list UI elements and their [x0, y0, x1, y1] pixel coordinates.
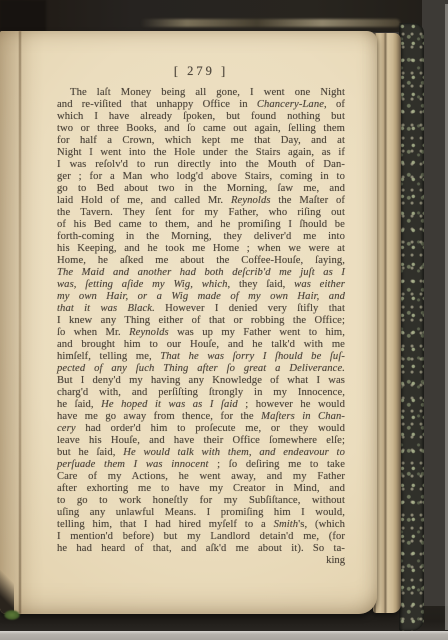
- background-top-band: [0, 0, 448, 32]
- text-line: he ſaid, He hoped it was as I ſaid ; how…: [57, 399, 345, 411]
- body-text: The laſt Money being all gone, I went on…: [57, 87, 345, 555]
- text-line: perſuade them I was innocent ; ſo deſiri…: [57, 459, 345, 471]
- text-line: The Maid and another had both deſcrib'd …: [57, 267, 345, 279]
- text-line: laid Hold of me, and called Mr. Reynolds…: [57, 195, 345, 207]
- text-line: I mention'd before) but my Landlord deta…: [57, 531, 345, 543]
- text-line: But I deny'd my having any Knowledge of …: [57, 375, 345, 387]
- page-stack-fore-edge: [373, 33, 401, 613]
- text-line: leave his Houſe, and have their Office ſ…: [57, 435, 345, 447]
- gutter-shading: [0, 31, 44, 614]
- text-line: which I have already ſpoken, but found n…: [57, 111, 345, 123]
- text-line: my own Hair, or a Wig made of my own Hai…: [57, 291, 345, 303]
- photo-of-open-book: [ 279 ] The laſt Money being all gone, I…: [0, 0, 448, 640]
- catchword: king: [57, 555, 345, 567]
- text-line: telling him, that I had hired myſelf to …: [57, 519, 345, 531]
- gutter-fold-line: [19, 31, 21, 614]
- text-line: that it was Black. However I denied very…: [57, 303, 345, 315]
- text-line: after exhorting me to have my Creator in…: [57, 483, 345, 495]
- cover-top-edge-highlight: [140, 19, 400, 27]
- text-line: ger ; for a Man who lodg'd above Stairs,…: [57, 171, 345, 183]
- text-line: the Tavern. They ſent for my Father, who…: [57, 207, 345, 219]
- green-speck: [4, 610, 20, 620]
- text-line: but he ſaid, He would talk with them, an…: [57, 447, 345, 459]
- background-top-left-corner: [0, 0, 46, 34]
- text-line: I knew any Thing either of that or robbi…: [57, 315, 345, 327]
- text-line: Care of my Actions, he went away, and my…: [57, 471, 345, 483]
- text-line: forth-coming in the Morning, they delive…: [57, 231, 345, 243]
- text-line: to go to work honeſtly for my Subſiſtanc…: [57, 495, 345, 507]
- text-line: of his Bed came to them, and he promiſin…: [57, 219, 345, 231]
- text-line: go to Bed about two in the Morning, ſaw …: [57, 183, 345, 195]
- page-number: [ 279 ]: [57, 64, 345, 78]
- text-line: pected of any ſuch Thing after ſo great …: [57, 363, 345, 375]
- book-page: [ 279 ] The laſt Money being all gone, I…: [0, 31, 377, 614]
- text-line: have me go away from thence, for the Maſ…: [57, 411, 345, 423]
- text-line: charg'd with, and perſiſting ſtrongly in…: [57, 387, 345, 399]
- text-line: himſelf, telling me, That he was ſorry I…: [57, 351, 345, 363]
- text-line: his Keeping, and he took me Home ; when …: [57, 243, 345, 255]
- text-line: uſing any unlawful Means. I promiſing hi…: [57, 507, 345, 519]
- bottom-left-corner-shadow: [0, 568, 14, 614]
- photo-bottom-edge-strip: [0, 631, 448, 640]
- text-line: and re-viſited that unhappy Office in Ch…: [57, 99, 345, 111]
- text-line: cery had order'd him to proſecute me, or…: [57, 423, 345, 435]
- text-line: for half a Crown, which kept me that Day…: [57, 135, 345, 147]
- text-line: Night I went into the Hole under the Sta…: [57, 147, 345, 159]
- text-line: The laſt Money being all gone, I went on…: [57, 87, 345, 99]
- text-line: was, ſetting aſide my Wig, which, they ſ…: [57, 279, 345, 291]
- text-line: and brought him to our Houſe, and he tal…: [57, 339, 345, 351]
- marbled-cover-edge: [399, 23, 424, 631]
- page-text-block: [ 279 ] The laſt Money being all gone, I…: [57, 64, 345, 567]
- text-line: Home, he aſked me about the Coffee-Houſe…: [57, 255, 345, 267]
- text-line: two or three Books, and ſo came out agai…: [57, 123, 345, 135]
- text-line: I was reſolv'd to run directly into the …: [57, 159, 345, 171]
- text-line: ſo when Mr. Reynolds was up my Father we…: [57, 327, 345, 339]
- text-line: he had heard of that, and aſk'd me about…: [57, 543, 345, 555]
